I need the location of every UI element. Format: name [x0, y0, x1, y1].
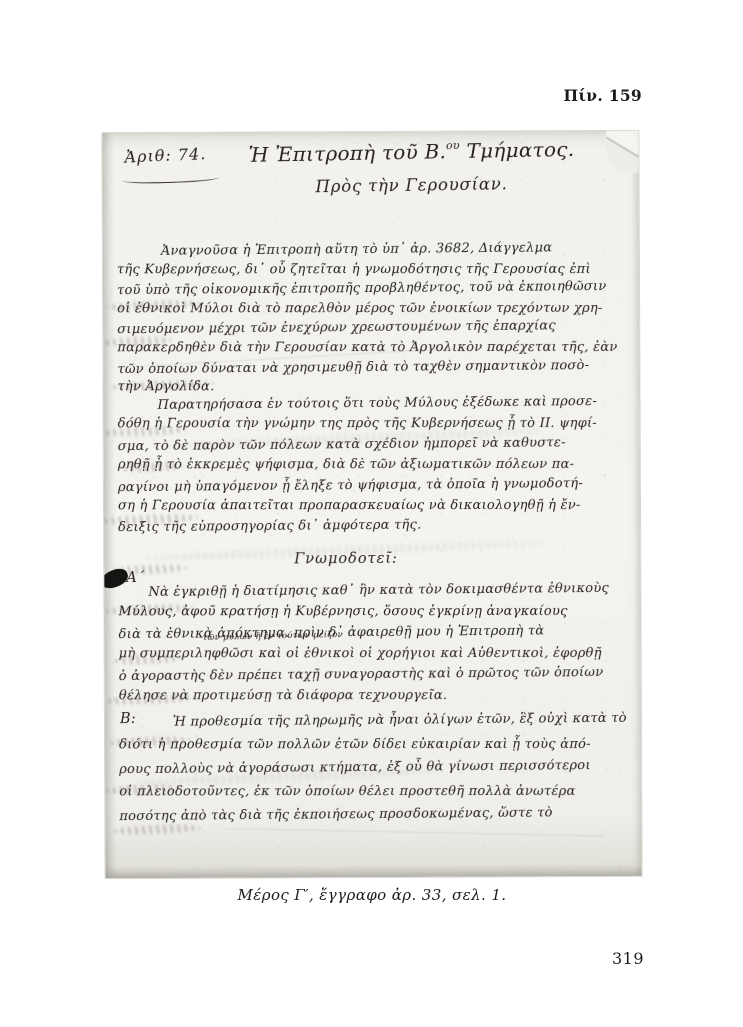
- manuscript-heading: Ἡ Ἐπιτροπὴ τοῦ Β.ου Τμήματος. Πρὸς τὴν Γ…: [235, 139, 587, 196]
- heading-committee-rest: Τμήματος.: [460, 137, 575, 163]
- manuscript-line: διὰ τὰ ἐθνικὰ ἀπόκτημα. πρὶν δ᾽ ἀφαιρεθῇ…: [118, 620, 596, 645]
- manuscript-line: ραγίνοι μὴ ὑπαγόμενον ᾗ ἔληξε τὸ ψήφισμα…: [118, 474, 596, 499]
- heading-addressee: Πρὸς τὴν Γερουσίαν.: [235, 173, 587, 197]
- manuscript-line: θέλησε νὰ προτιμεύσῃ τὰ διάφορα τεχνουργ…: [119, 685, 597, 706]
- plate-label: Πίν. 159: [564, 86, 642, 105]
- underline-flourish: [122, 173, 219, 184]
- manuscript-line: τῆς Κυβερνήσεως, δι᾽ οὗ ζητεῖται ἡ γνωμο…: [117, 259, 595, 279]
- manuscript-line: σμα, τὸ δὲ παρὸν τῶν πόλεων κατὰ σχέδιον…: [118, 433, 596, 458]
- manuscript-line: Νὰ ἐγκριθῇ ἡ διατίμησις καθ᾽ ἣν κατὰ τὸν…: [118, 578, 596, 603]
- manuscript-line: Μύλους, ἀφοῦ κρατήσῃ ἡ Κυβέρνησις, ὅσους…: [118, 601, 596, 622]
- book-page: Πίν. 159 Ἀριθ: 74. Ἡ Ἐπιτροπὴ τοῦ Β.ου Τ…: [0, 0, 743, 1027]
- heading-committee-main: Ἡ Ἐπιτροπὴ τοῦ Β.: [248, 139, 446, 167]
- manuscript-line: οἱ πλειοδοτοῦντες, ἐκ τῶν ὁποίων θέλει π…: [119, 780, 597, 804]
- section-b: Ἡ προθεσμία τῆς πληρωμῆς νὰ ἦναι ὀλίγων …: [119, 708, 598, 828]
- manuscript-line: δόθη ἡ Γερουσία τὴν γνώμην της πρὸς τῆς …: [118, 414, 596, 435]
- manuscript-scan: Ἀριθ: 74. Ἡ Ἐπιτροπὴ τοῦ Β.ου Τμήματος. …: [101, 130, 642, 879]
- manuscript-line: ση ἡ Γερουσία ἀπαιτεῖται προπαρασκευαίως…: [118, 496, 596, 517]
- manuscript-line: σιμευόμενον μέχρι τῶν ἐνεχύρων χρεωστουμ…: [117, 316, 595, 340]
- paragraph-2: Παρατηρήσασα ἐν τούτοις ὅτι τοὺς Μύλους …: [118, 393, 597, 538]
- manuscript-line: ρους πολλοὺς νὰ ἀγοράσωσι κτήματα, ἐξ οὗ…: [119, 754, 597, 782]
- manuscript-line: Ἀναγνοῦσα ἡ Ἐπιτροπὴ αὕτη τὸ ὑπ᾽ ἀρ. 368…: [117, 238, 595, 262]
- heading-committee: Ἡ Ἐπιτροπὴ τοῦ Β.ου Τμήματος.: [235, 137, 587, 167]
- paragraph-1: Ἀναγνοῦσα ἡ Ἐπιτροπὴ αὕτη τὸ ὑπ᾽ ἀρ. 368…: [117, 239, 596, 398]
- document-number: Ἀριθ: 74.: [124, 144, 207, 166]
- manuscript-line: παρακερδηθὲν διὰ τὴν Γερουσίαν κατὰ τὸ Ἀ…: [117, 338, 595, 358]
- figure-caption: Μέρος Γ′, ἔγγραφο ἀρ. 33, σελ. 1.: [103, 886, 641, 904]
- manuscript-line: μὴ συμπεριληφθῶσι καὶ οἱ ἐθνικοὶ οἱ χορή…: [119, 643, 597, 664]
- manuscript-line: τοῦ ὑπὸ τῆς οἰκονομικῆς ἐπιτροπῆς προβλη…: [117, 277, 595, 301]
- manuscript-line: ποσότης ἀπὸ τὰς διὰ τῆς ἐκποιήσεως προσδ…: [119, 801, 597, 829]
- manuscript-line: Ἡ προθεσμία τῆς πληρωμῆς νὰ ἦναι ὀλίγων …: [119, 707, 597, 735]
- manuscript-line: ρηθῇ ᾗ τὸ ἐκκρεμὲς ψήφισμα, διὰ δὲ τῶν ἀ…: [118, 455, 596, 476]
- verdict-heading: Γνωμοδοτεῖ:: [294, 551, 398, 567]
- page-number: 319: [612, 949, 644, 968]
- manuscript-line: Παρατηρήσασα ἐν τούτοις ὅτι τοὺς Μύλους …: [117, 392, 595, 417]
- manuscript-line: δειξις τῆς εὐπροσηγορίας δι᾽ ἀμφότερα τῆ…: [118, 514, 596, 539]
- section-a: Νὰ ἐγκριθῇ ἡ διατίμησις καθ᾽ ἣν κατὰ τὸν…: [118, 579, 597, 707]
- paper-crease: [225, 828, 605, 837]
- manuscript-line: ὁ ἀγοραστὴς δὲν πρέπει ταχῇ συναγοραστὴς…: [119, 662, 597, 687]
- heading-committee-superscript: ου: [446, 139, 460, 152]
- manuscript-line: τῶν ὁποίων δύναται νὰ χρησιμευθῇ διὰ τὸ …: [117, 356, 595, 380]
- page-corner-fold: [606, 130, 640, 173]
- manuscript-line: διότι ἡ προθεσμία τῶν πολλῶν ἐτῶν δίδει …: [119, 732, 597, 756]
